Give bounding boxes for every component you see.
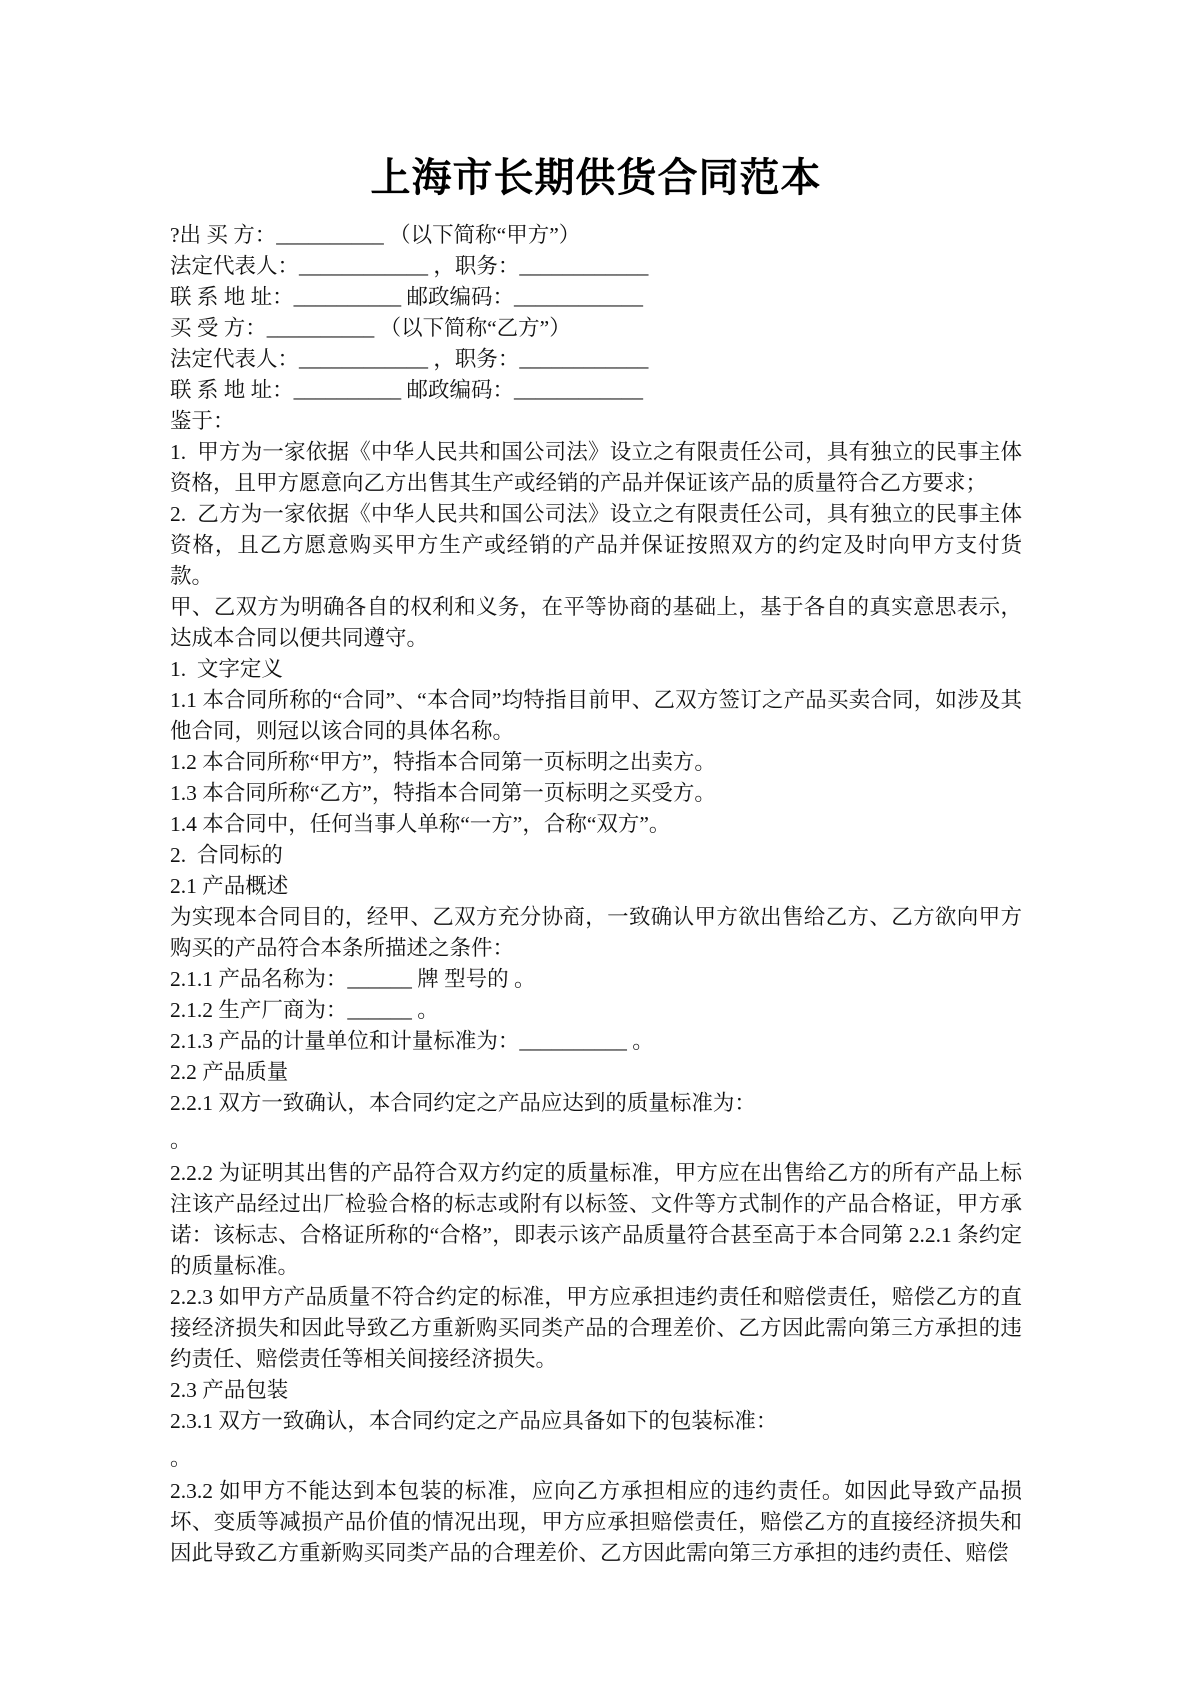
clause-2-2-1-period: 。 [170,1125,1022,1156]
seller-line: ?出 买 方：__________ （以下简称“甲方”） [170,220,1022,251]
section-2-heading: 2. 合同标的 [170,840,1022,871]
clause-2-3-1: 2.3.1 双方一致确认，本合同约定之产品应具备如下的包装标准： [170,1406,1022,1437]
clause-2-3-1-period: 。 [170,1443,1022,1474]
clause-2-1-heading: 2.1 产品概述 [170,871,1022,902]
clause-2-2-heading: 2.2 产品质量 [170,1057,1022,1088]
contract-document: 上海市长期供货合同范本 ?出 买 方：__________ （以下简称“甲方”）… [0,0,1190,1683]
clause-1-4: 1.4 本合同中，任何当事人单称“一方”，合称“双方”。 [170,809,1022,840]
clause-2-1-intro: 为实现本合同目的，经甲、乙双方充分协商，一致确认甲方欲出售给乙方、乙方欲向甲方购… [170,902,1022,964]
buyer-address-line: 联 系 地 址：__________ 邮政编码：____________ [170,375,1022,406]
clause-2-2-1: 2.2.1 双方一致确认，本合同约定之产品应达到的质量标准为： [170,1088,1022,1119]
clause-2-1-3: 2.1.3 产品的计量单位和计量标准为：__________ 。 [170,1026,1022,1057]
clause-1-3: 1.3 本合同所称“乙方”，特指本合同第一页标明之买受方。 [170,778,1022,809]
recital-2: 2. 乙方为一家依据《中华人民共和国公司法》设立之有限责任公司，具有独立的民事主… [170,499,1022,592]
section-1-heading: 1. 文字定义 [170,654,1022,685]
seller-address-line: 联 系 地 址：__________ 邮政编码：____________ [170,282,1022,313]
recital-closing: 甲、乙双方为明确各自的权利和义务，在平等协商的基础上，基于各自的真实意思表示，达… [170,592,1022,654]
recital-1: 1. 甲方为一家依据《中华人民共和国公司法》设立之有限责任公司，具有独立的民事主… [170,437,1022,499]
clause-1-1: 1.1 本合同所称的“合同”、“本合同”均特指目前甲、乙双方签订之产品买卖合同，… [170,685,1022,747]
whereas-heading: 鉴于： [170,406,1022,437]
seller-legal-rep-line: 法定代表人：____________ ，职务：____________ [170,251,1022,282]
clause-2-1-2: 2.1.2 生产厂商为：______ 。 [170,995,1022,1026]
document-title: 上海市长期供货合同范本 [170,154,1022,202]
clause-2-2-2: 2.2.2 为证明其出售的产品符合双方约定的质量标准，甲方应在出售给乙方的所有产… [170,1158,1022,1282]
clause-2-3-2: 2.3.2 如甲方不能达到本包装的标准，应向乙方承担相应的违约责任。如因此导致产… [170,1476,1022,1569]
clause-1-2: 1.2 本合同所称“甲方”，特指本合同第一页标明之出卖方。 [170,747,1022,778]
buyer-line: 买 受 方：__________ （以下简称“乙方”） [170,313,1022,344]
clause-2-3-heading: 2.3 产品包装 [170,1375,1022,1406]
clause-2-1-1: 2.1.1 产品名称为：______ 牌 型号的 。 [170,964,1022,995]
clause-2-2-3: 2.2.3 如甲方产品质量不符合约定的标准，甲方应承担违约责任和赔偿责任，赔偿乙… [170,1282,1022,1375]
buyer-legal-rep-line: 法定代表人：____________ ，职务：____________ [170,344,1022,375]
document-content: 上海市长期供货合同范本 ?出 买 方：__________ （以下简称“甲方”）… [170,154,1022,1569]
